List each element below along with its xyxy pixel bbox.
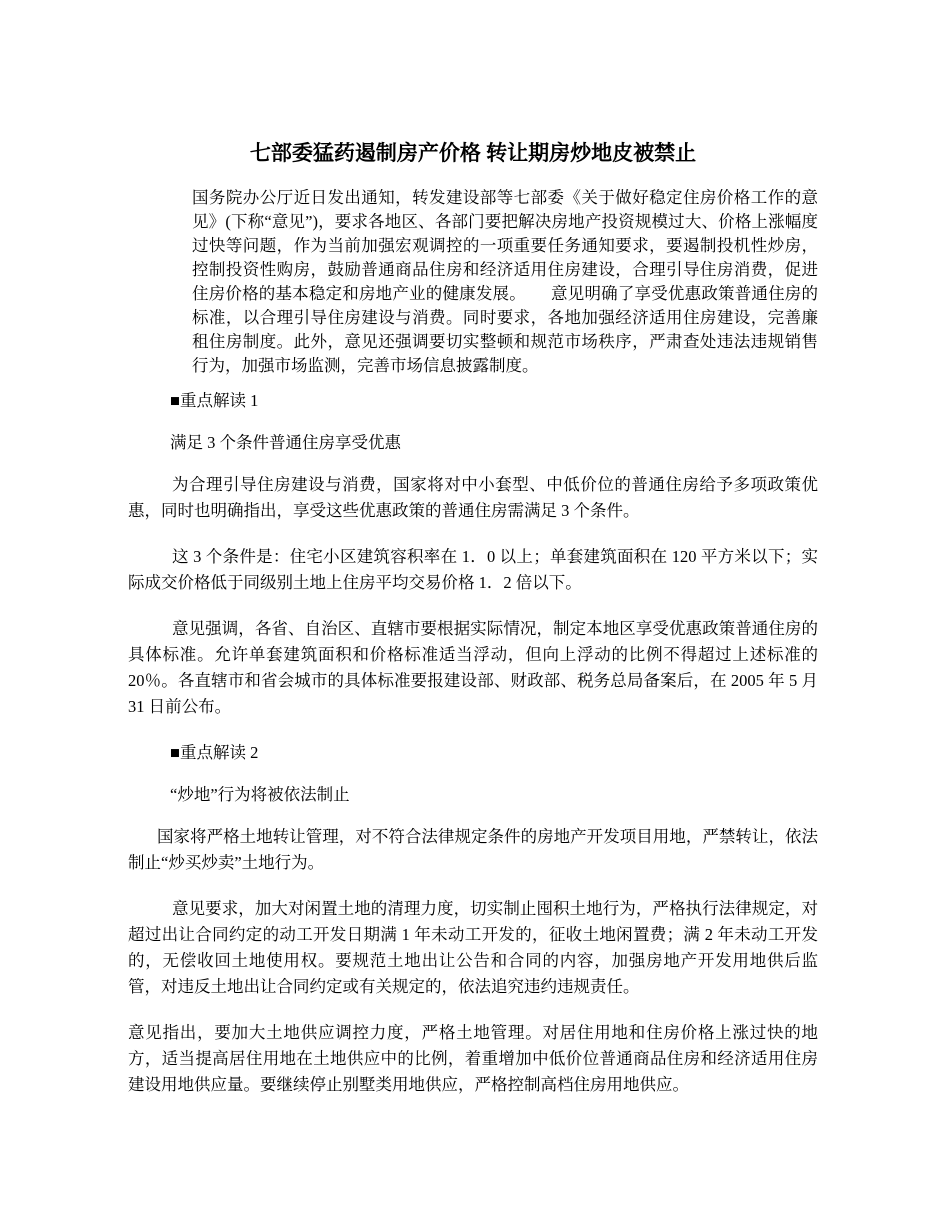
section-2-subtitle: “炒地”行为将被依法制止 (128, 782, 818, 808)
paragraph: 国家将严格土地转让管理，对不符合法律规定条件的房地产开发项目用地，严禁转让，依法… (128, 824, 818, 876)
paragraph: 为合理引导住房建设与消费，国家将对中小套型、中低价位的普通住房给予多项政策优惠，… (128, 472, 818, 524)
paragraph: 意见指出，要加大土地供应调控力度，严格土地管理。对居住用地和住房价格上涨过快的地… (128, 1020, 818, 1098)
section-2-header-label: 重点解读 2 (180, 743, 258, 762)
paragraph: 意见要求，加大对闲置土地的清理力度，切实制止囤积土地行为，严格执行法律规定，对超… (128, 896, 818, 1000)
section-bullet-icon: ■ (170, 743, 180, 762)
section-1-header-label: 重点解读 1 (180, 391, 258, 410)
section-bullet-icon: ■ (170, 391, 180, 410)
section-1-header: ■重点解读 1 (128, 388, 818, 414)
intro-paragraph: 国务院办公厅近日发出通知，转发建设部等七部委《关于做好稳定住房价格工作的意见》(… (192, 186, 818, 378)
paragraph: 这 3 个条件是：住宅小区建筑容积率在 1．0 以上；单套建筑面积在 120 平… (128, 544, 818, 596)
section-1-subtitle: 满足 3 个条件普通住房享受优惠 (128, 430, 818, 456)
paragraph: 意见强调，各省、自治区、直辖市要根据实际情况，制定本地区享受优惠政策普通住房的具… (128, 616, 818, 720)
document-page: 七部委猛药遏制房产价格 转让期房炒地皮被禁止 国务院办公厅近日发出通知，转发建设… (0, 0, 950, 1230)
section-2-header: ■重点解读 2 (128, 740, 818, 766)
document-title: 七部委猛药遏制房产价格 转让期房炒地皮被禁止 (128, 140, 818, 166)
